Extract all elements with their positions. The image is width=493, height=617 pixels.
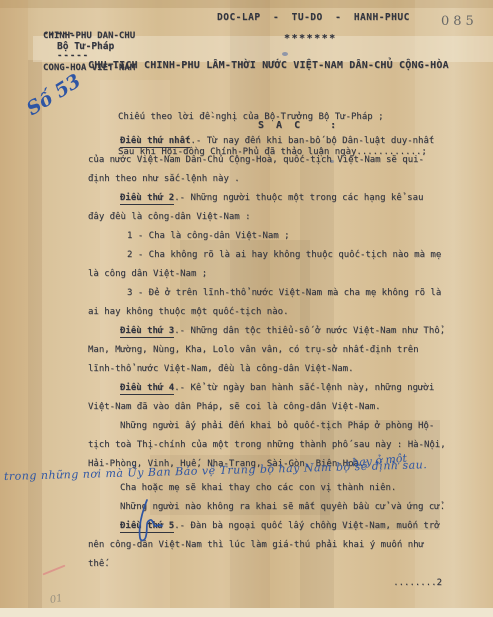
ink-speck [282,52,288,56]
national-motto: DOC-LAP - TU-DO - HANH-PHUC [217,12,410,23]
document-line: Việt-Nam đã vào dân Pháp, sẽ coi là công… [88,402,493,421]
document-title: CHU-TICH CHINH-PHU LÂM-THỜI NƯỚC VIỆT-NA… [88,60,449,71]
document-line: 3 - Đẻ ở trên lĩnh-thổ nước Việt-Nam mà … [127,288,493,307]
line-text: Việt-Nam đã vào dân Pháp, sẽ coi là công… [88,402,381,412]
line-text: tịch toà Thị-chính của một trong những t… [88,440,446,450]
line-text: 2 - Cha không rõ là ai hay không thuộc q… [127,250,441,260]
decree-heading: S A C : [258,120,339,131]
document-line: định theo như sắc-lệnh này . [88,174,493,193]
page-number-stamp: 085 [441,14,478,29]
article-heading: Điều thứ 3 [120,326,174,338]
line-text: .- Đàn bà ngoại quốc lấy chồng Việt-Nam,… [174,521,440,531]
dash-rule: ----- [57,51,89,61]
document-line: 2 - Cha không rõ là ai hay không thuộc q… [127,250,493,269]
document-line: ai hay không thuộc một quốc-tịch nào. [88,307,493,326]
line-text: 3 - Đẻ ở trên lĩnh-thổ nước Việt-Nam mà … [127,288,441,298]
document-line: của nước Việt-Nam Dân-Chủ Cộng-Hoà, quốc… [88,155,493,174]
line-text: Cha hoặc mẹ sẽ khai thay cho các con vị … [120,483,396,493]
line-text: lĩnh-thổ nước Việt-Nam, đều là công-dân … [88,364,354,374]
corner-pencil-note: 01 [49,593,63,606]
document-line: Điều thứ 2.- Những người thuộc một trong… [120,193,493,212]
line-text: Man, Mường, Nùng, Kha, Lolo vân vân, có … [88,345,419,355]
document-line: Man, Mường, Nùng, Kha, Lolo vân vân, có … [88,345,493,364]
paper-stain [0,0,493,8]
document-line: ........2 [0,578,442,597]
line-text: ai hay không thuộc một quốc-tịch nào. [88,307,288,317]
line-text: là công dân Việt-Nam ; [88,269,207,279]
document-line: Điều thứ 4.- Kể từ ngày ban hành sắc-lện… [120,383,493,402]
document-line: Điều thứ nhất.- Từ nay đến khi ban-bố bộ… [120,136,493,155]
document-line: 1 - Cha là công-dân Việt-Nam ; [127,231,493,250]
line-text: định theo như sắc-lệnh này . [88,174,240,184]
line-text: Những người ấy phải đến khai bỏ quốc-tịc… [120,421,434,431]
line-text: .- Những người thuộc một trong các hạng … [174,193,423,203]
scanned-document-page: CHINH-PHU DAN-CHU CONG-HOA VIET-NAM ----… [0,0,493,617]
scanner-bed-strip [0,608,493,617]
document-body: Điều thứ nhất.- Từ nay đến khi ban-bố bộ… [0,136,493,597]
article-heading: Điều thứ nhất [120,136,190,148]
document-line: thế. [88,559,493,578]
line-text: thế. [88,559,110,569]
document-line: lĩnh-thổ nước Việt-Nam, đều là công-dân … [88,364,493,383]
document-line: đây đều là công-dân Việt-Nam : [88,212,493,231]
dash-rule: ----- [43,29,75,39]
line-text: .- Những dân tộc thiểu-số ở nước Việt-Na… [174,326,445,336]
line-text: .- Kể từ ngày ban hành sắc-lệnh này, nhữ… [174,383,434,393]
article-heading: Điều thứ 4 [120,383,174,395]
star-divider: ******* [284,33,337,44]
line-text: đây đều là công-dân Việt-Nam : [88,212,251,222]
line-text: ........2 [393,578,442,588]
document-line: Điều thứ 3.- Những dân tộc thiểu-số ở nư… [120,326,493,345]
line-text: 1 - Cha là công-dân Việt-Nam ; [127,231,290,241]
document-line: là công dân Việt-Nam ; [88,269,493,288]
handwritten-initials [132,498,180,544]
article-heading: Điều thứ 2 [120,193,174,205]
line-text: .- Từ nay đến khi ban-bố bộ Dân-luật duy… [190,136,434,146]
document-line: tịch toà Thị-chính của một trong những t… [88,440,493,459]
document-line: Những người ấy phải đến khai bỏ quốc-tịc… [120,421,493,440]
line-text: của nước Việt-Nam Dân-Chủ Cộng-Hoà, quốc… [88,155,424,165]
